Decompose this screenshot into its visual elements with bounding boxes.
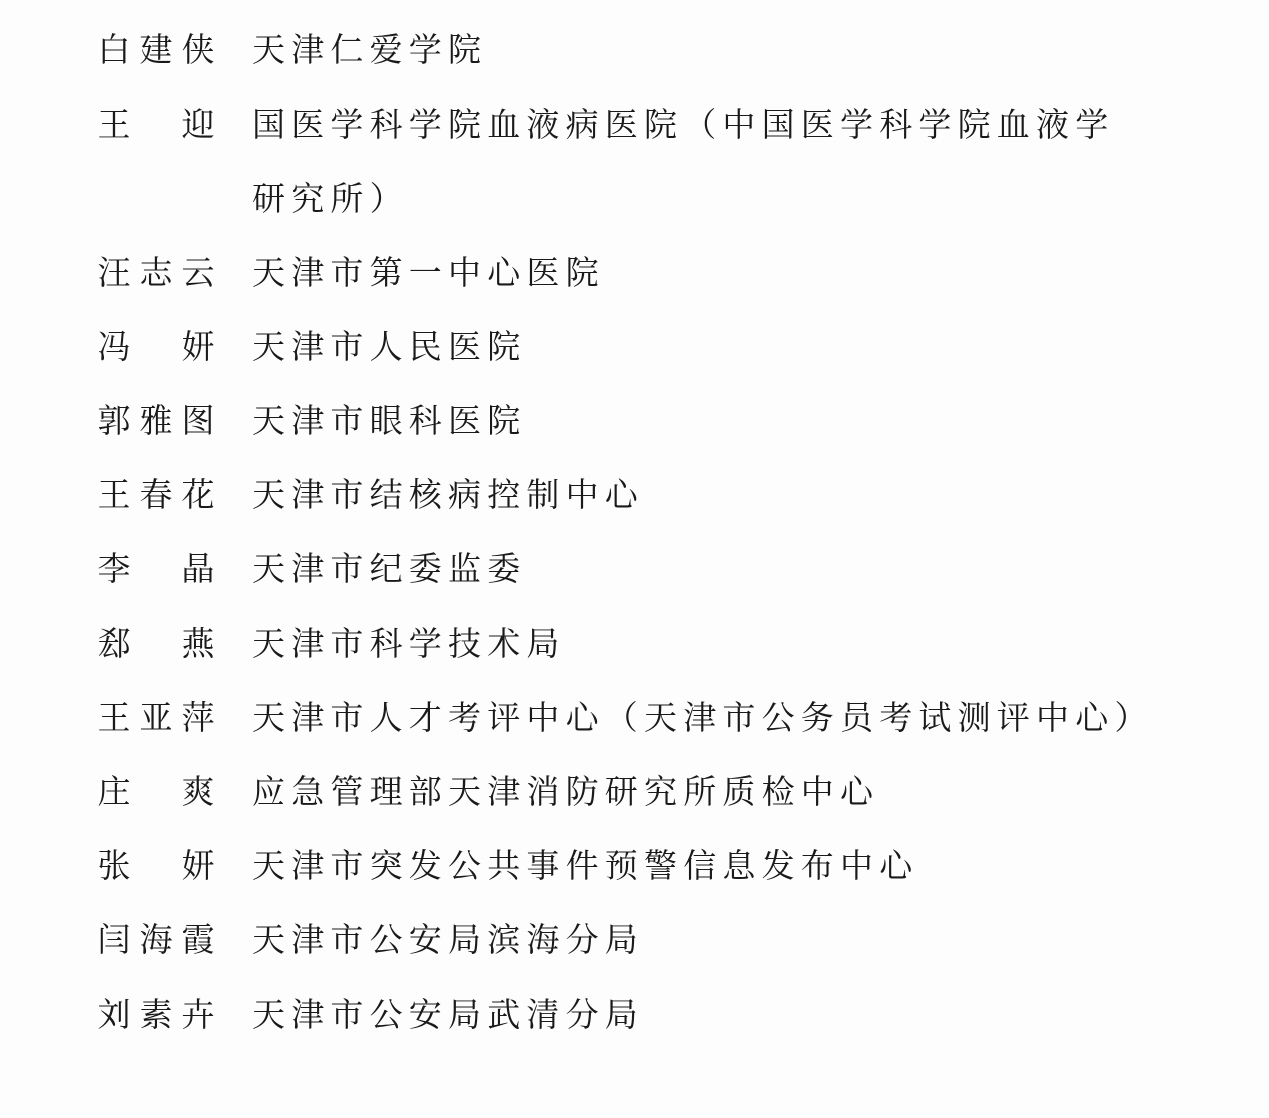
- person-name: 张 妍: [96, 844, 216, 888]
- person-name: 刘 素 卉: [96, 993, 216, 1037]
- organization: 天津市第一中心医院: [252, 251, 605, 295]
- person-name: 郭 雅 图: [96, 399, 216, 443]
- person-name: 庄 爽: [96, 770, 216, 814]
- person-name: 郄 燕: [96, 622, 216, 666]
- organization: 国医学科学院血液病医院（中国医学科学院血液学: [252, 103, 1114, 147]
- person-name: 汪 志 云: [96, 251, 216, 295]
- person-name: 闫 海 霞: [96, 918, 216, 962]
- person-name: 王 春 花: [96, 473, 216, 517]
- organization-continued: 研究所）: [252, 177, 409, 221]
- person-name: 白 建 侠: [96, 28, 216, 72]
- organization: 天津市公安局滨海分局: [252, 918, 644, 962]
- organization: 天津仁爱学院: [252, 28, 487, 72]
- organization: 应急管理部天津消防研究所质检中心: [252, 770, 879, 814]
- person-name: 王 亚 萍: [96, 696, 216, 740]
- organization: 天津市结核病控制中心: [252, 473, 644, 517]
- person-name: 王 迎: [96, 103, 216, 147]
- person-name: 冯 妍: [96, 325, 216, 369]
- organization: 天津市纪委监委: [252, 547, 526, 591]
- organization: 天津市人民医院: [252, 325, 526, 369]
- organization: 天津市人才考评中心（天津市公务员考试测评中心）: [252, 696, 1154, 740]
- organization: 天津市突发公共事件预警信息发布中心: [252, 844, 918, 888]
- organization: 天津市科学技术局: [252, 622, 566, 666]
- person-name: 李 晶: [96, 547, 216, 591]
- organization: 天津市公安局武清分局: [252, 993, 644, 1037]
- organization: 天津市眼科医院: [252, 399, 526, 443]
- document-page: 白 建 侠 天津仁爱学院 王 迎 国医学科学院血液病医院（中国医学科学院血液学 …: [0, 0, 1269, 1118]
